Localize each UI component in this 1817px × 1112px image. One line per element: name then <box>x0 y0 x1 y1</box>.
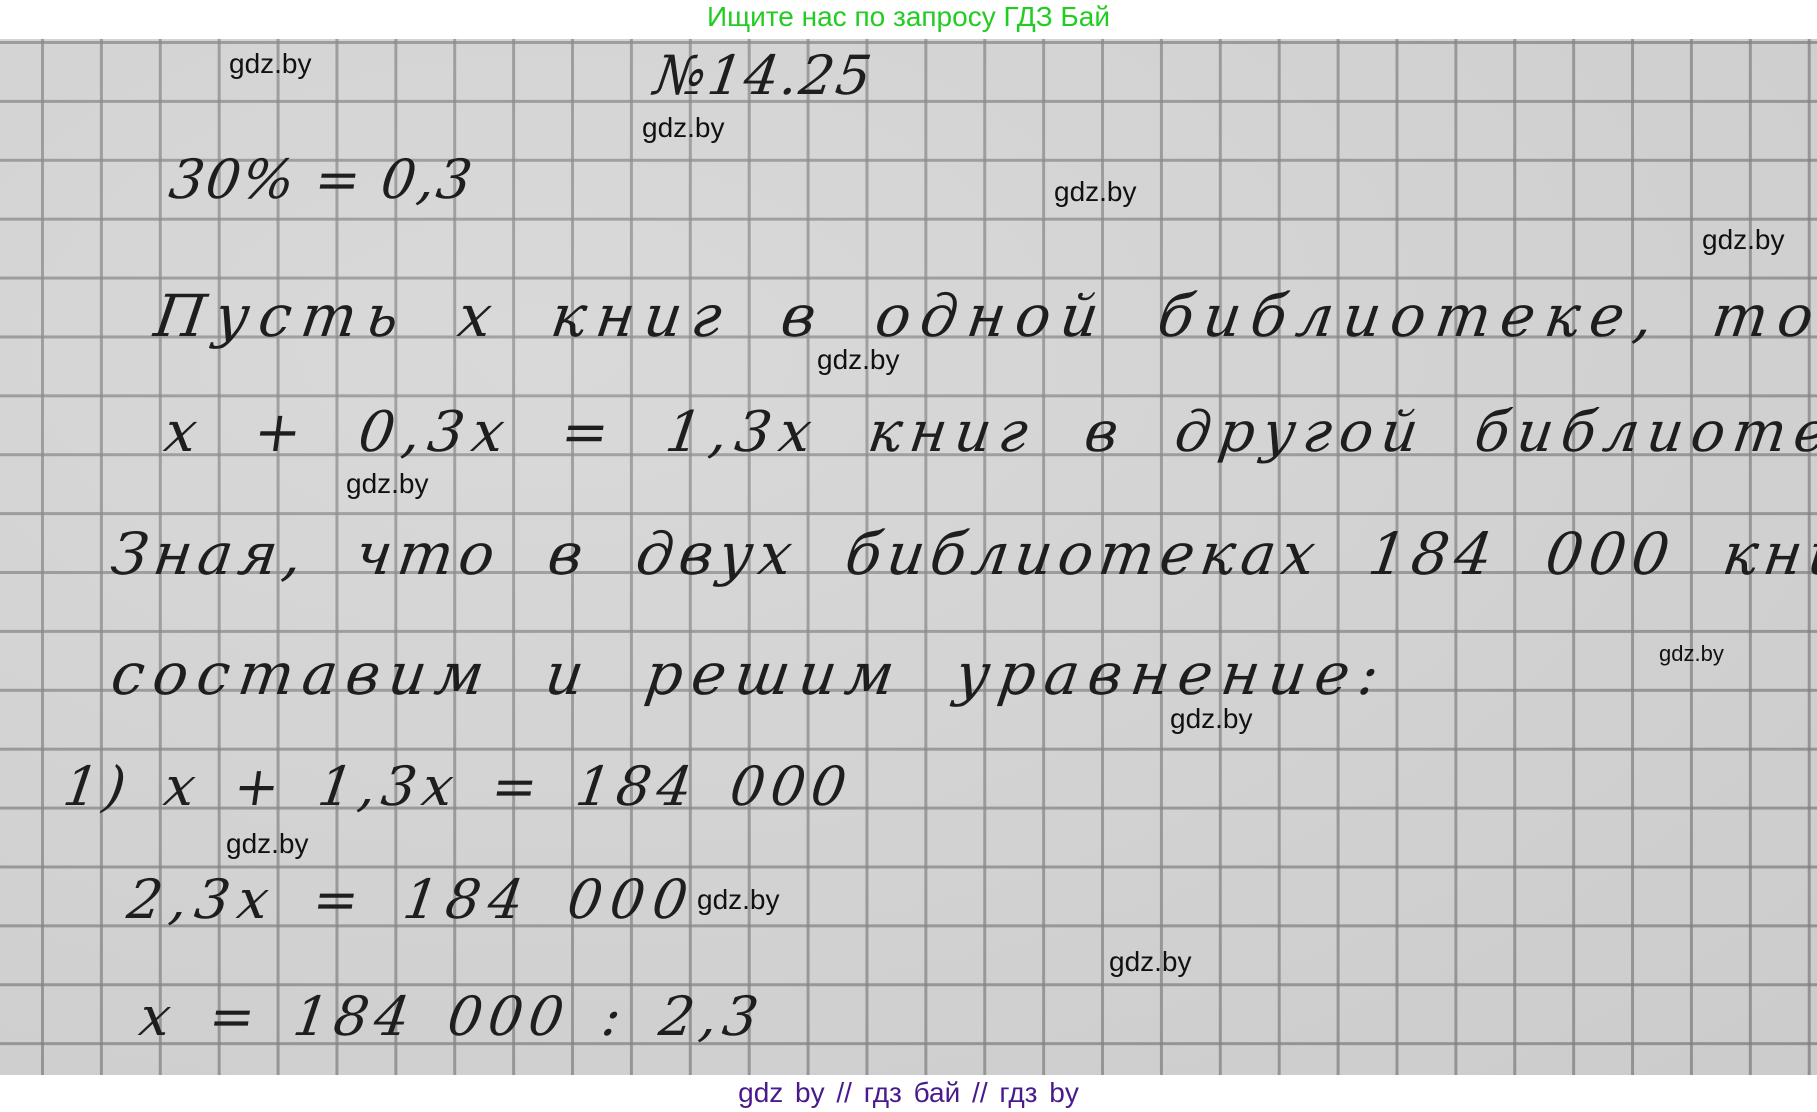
bottom-banner: gdz by // гдз бай // гдз by <box>0 1075 1817 1112</box>
watermark: gdz.by <box>229 48 312 80</box>
solution-line-2: Пусть x книг в одной библиотеке, тогда <box>150 282 1817 350</box>
watermark: gdz.by <box>1170 703 1253 735</box>
top-banner: Ищите нас по запросу ГДЗ Бай <box>0 0 1817 39</box>
solution-line-5: составим и решим уравнение: <box>107 640 1392 708</box>
solution-line-4: Зная, что в двух библиотеках 184 000 кни… <box>107 520 1817 588</box>
solution-line-7: 2,3x = 184 000 <box>124 868 700 931</box>
watermark: gdz.by <box>1109 946 1192 978</box>
solution-line-3: x + 0,3x = 1,3x книг в другой библиотеке… <box>160 400 1817 465</box>
watermark: gdz.by <box>642 112 725 144</box>
watermark: gdz.by <box>817 344 900 376</box>
solution-line-6: 1) x + 1,3x = 184 000 <box>60 755 857 818</box>
solution-line-1: 30% = 0,3 <box>166 148 478 211</box>
problem-number: №14.25 <box>651 44 878 107</box>
solution-line-8: x = 184 000 : 2,3 <box>136 985 769 1048</box>
watermark: gdz.by <box>346 468 429 500</box>
watermark: gdz.by <box>1659 641 1724 667</box>
watermark: gdz.by <box>697 884 780 916</box>
watermark: gdz.by <box>1702 224 1785 256</box>
watermark: gdz.by <box>1054 176 1137 208</box>
watermark: gdz.by <box>226 828 309 860</box>
